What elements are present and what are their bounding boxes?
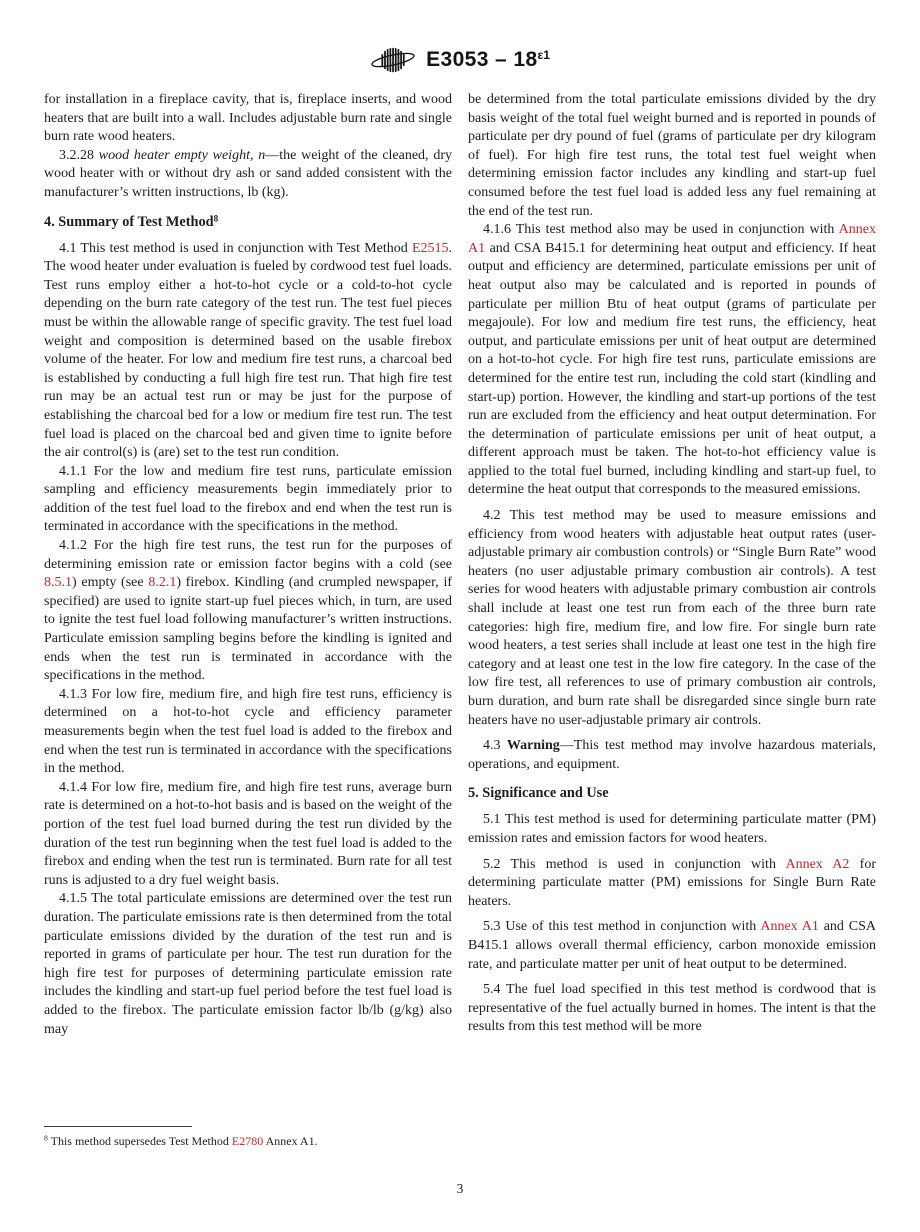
para-4-1-2: 4.1.2 For the high fire test runs, the t… [44, 537, 452, 686]
left-column: for installation in a fireplace cavity, … [44, 91, 452, 1039]
two-column-body: for installation in a fireplace cavity, … [44, 91, 876, 1039]
para-4-1-3: 4.1.3 For low fire, medium fire, and hig… [44, 686, 452, 779]
cross-reference-link[interactable]: 8.2.1 [148, 575, 176, 590]
document-page: E3053 – 18ε1 for installation in a firep… [0, 0, 920, 1232]
para-4-1-5: 4.1.5 The total particulate emissions ar… [44, 890, 452, 1039]
para-3-2-28: 3.2.28 wood heater empty weight, n—the w… [44, 147, 452, 203]
page-number: 3 [0, 1181, 920, 1197]
para-4-2: 4.2 This test method may be used to meas… [468, 507, 876, 730]
footnote-body: This method supersedes Test Method E2780… [51, 1134, 318, 1148]
para-3-2-27-continuation: for installation in a fireplace cavity, … [44, 91, 452, 147]
cross-reference-link[interactable]: Annex A1 [760, 919, 819, 934]
footnote-text: 8 This method supersedes Test Method E27… [44, 1134, 452, 1149]
cross-reference-link[interactable]: 8.5.1 [44, 575, 72, 590]
right-column: be determined from the total particulate… [468, 91, 876, 1039]
footnote-divider [44, 1126, 192, 1127]
para-4-1-4: 4.1.4 For low fire, medium fire, and hig… [44, 779, 452, 891]
para-5-2: 5.2 This method is used in conjunction w… [468, 856, 876, 912]
cross-reference-link[interactable]: E2515 [412, 241, 449, 256]
para-4-1: 4.1 This test method is used in conjunct… [44, 240, 452, 463]
footnote-8: 8 This method supersedes Test Method E27… [44, 1126, 452, 1149]
para-4-3: 4.3 Warning—This test method may involve… [468, 737, 876, 774]
section-heading-5: 5. Significance and Use [468, 784, 876, 803]
editorial-superscript: ε1 [538, 48, 550, 62]
para-4-1-1: 4.1.1 For the low and medium fire test r… [44, 463, 452, 537]
cross-reference-link[interactable]: Annex A2 [785, 857, 849, 872]
standard-designation: E3053 – 18ε1 [426, 48, 550, 72]
document-header: E3053 – 18ε1 [0, 38, 920, 82]
para-5-1: 5.1 This test method is used for determi… [468, 811, 876, 848]
para-4-1-5-continuation: be determined from the total particulate… [468, 91, 876, 221]
astm-international-logo-icon [370, 40, 416, 80]
para-5-4: 5.4 The fuel load specified in this test… [468, 981, 876, 1037]
para-5-3: 5.3 Use of this test method in conjuncti… [468, 918, 876, 974]
section-heading-4: 4. Summary of Test Method8 [44, 213, 452, 232]
cross-reference-link[interactable]: E2780 [232, 1134, 263, 1148]
para-4-1-6: 4.1.6 This test method also may be used … [468, 221, 876, 500]
